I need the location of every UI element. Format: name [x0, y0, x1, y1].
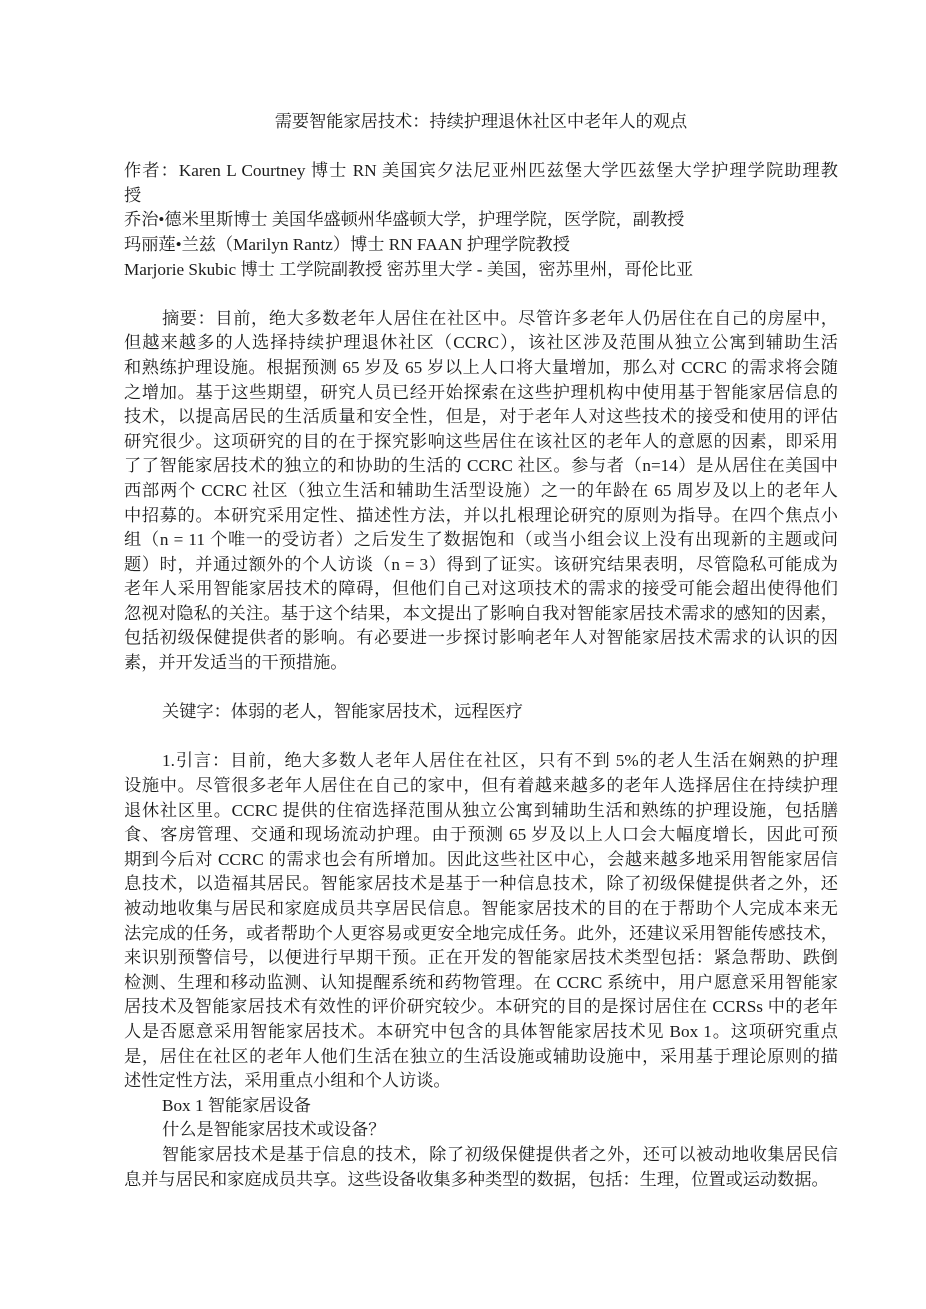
text-line: 述性定性方法，采用重点小组和个人访谈。 [124, 1069, 838, 1094]
text-line: 来识别预警信号，以便进行早期干预。正在开发的智能家居技术类型包括：紧急帮助、跌倒 [124, 946, 838, 971]
text-line: 中招募的。本研究采用定性、描述性方法，并以扎根理论研究的原则为指导。在四个焦点小 [124, 504, 838, 529]
authors-paragraph: 作者：Karen L Courtney 博士 RN 美国宾夕法尼亚州匹兹堡大学匹… [124, 159, 838, 282]
text-line: 人是否愿意采用智能家居技术。本研究中包含的具体智能家居技术见 Box 1。这项研… [124, 1020, 838, 1045]
text-line [124, 282, 838, 307]
text-line: 但越来越多的人选择持续护理退休社区（CCRC），该社区涉及范围从独立公寓到辅助生… [124, 331, 838, 356]
spacer [124, 282, 838, 307]
text-line: 素，并开发适当的干预措施。 [124, 651, 838, 676]
title-line: 需要智能家居技术：持续护理退休社区中老年人的观点 [124, 110, 838, 135]
text-line: 西部两个 CCRC 社区（独立生活和辅助生活型设施）之一的年龄在 65 周岁及以… [124, 479, 838, 504]
text-line [124, 725, 838, 750]
text-line: 技术，以提高居民的生活质量和安全性，但是，对于老年人对这些技术的接受和使用的评估 [124, 405, 838, 430]
text-line [124, 676, 838, 701]
text-line [124, 135, 838, 160]
box1-heading: Box 1 智能家居设备 [124, 1094, 838, 1119]
box1-question: 什么是智能家居技术或设备？ [124, 1118, 838, 1143]
spacer [124, 135, 838, 160]
text-line: 乔治•德米里斯博士 美国华盛顿州华盛顿大学，护理学院，医学院，副教授 [124, 208, 838, 233]
text-line: 设施中。尽管很多老年人居住在自己的家中，但有着越来越多的老年人选择居住在持续护理 [124, 774, 838, 799]
text-line: 食、客房管理、交通和现场流动护理。由于预测 65 岁及以上人口会大幅度增长，因此… [124, 823, 838, 848]
text-line: 包括初级保健提供者的影响。有必要进一步探讨影响老年人对智能家居技术需求的认识的因 [124, 626, 838, 651]
text-line: 被动地收集与居民和家庭成员共享居民信息。智能家居技术的目的在于帮助个人完成本来无 [124, 897, 838, 922]
spacer [124, 676, 838, 701]
text-line: 智能家居技术是基于信息的技术，除了初级保健提供者之外，还可以被动地收集居民信 [124, 1143, 838, 1168]
text-line: 关键字：体弱的老人，智能家居技术，远程医疗 [124, 700, 838, 725]
text-line: 和熟练护理设施。根据预测 65 岁及 65 岁以上人口将大量增加，那么对 CCR… [124, 356, 838, 381]
box1-paragraph: 智能家居技术是基于信息的技术，除了初级保健提供者之外，还可以被动地收集居民信息并… [124, 1143, 838, 1192]
text-line: 检测、生理和移动监测、认知提醒系统和药物管理。在 CCRC 系统中，用户愿意采用… [124, 971, 838, 996]
page-content: 需要智能家居技术：持续护理退休社区中老年人的观点 作者：Karen L Cour… [124, 110, 838, 1192]
keywords-line: 关键字：体弱的老人，智能家居技术，远程医疗 [124, 700, 838, 725]
text-line: 授 [124, 184, 838, 209]
text-line: 了了智能家居技术的独立的和协助的生活的 CCRC 社区。参与者（n=14）是从居… [124, 454, 838, 479]
text-line: 什么是智能家居技术或设备？ [124, 1118, 838, 1143]
text-line: 之增加。基于这些期望，研究人员已经开始探索在这些护理机构中使用基于智能家居信息的 [124, 381, 838, 406]
text-line: Marjorie Skubic 博士 工学院副教授 密苏里大学 - 美国，密苏里… [124, 258, 838, 283]
text-line: 作者：Karen L Courtney 博士 RN 美国宾夕法尼亚州匹兹堡大学匹… [124, 159, 838, 184]
text-line: 息技术，以造福其居民。智能家居技术是基于一种信息技术，除了初级保健提供者之外，还 [124, 872, 838, 897]
text-line: 题）时，并通过额外的个人访谈（n = 3）得到了证实。该研究结果表明，尽管隐私可… [124, 553, 838, 578]
document-page: 需要智能家居技术：持续护理退休社区中老年人的观点 作者：Karen L Cour… [0, 0, 926, 1309]
text-line: 期到今后对 CCRC 的需求也会有所增加。因此这些社区中心，会越来越多地采用智能… [124, 848, 838, 873]
text-line: 退休社区里。CCRC 提供的住宿选择范围从独立公寓到辅助生活和熟练的护理设施，包… [124, 799, 838, 824]
text-line: 玛丽莲•兰兹（Marilyn Rantz）博士 RN FAAN 护理学院教授 [124, 233, 838, 258]
text-line: Box 1 智能家居设备 [124, 1094, 838, 1119]
text-line: 忽视对隐私的关注。基于这个结果，本文提出了影响自我对智能家居技术需求的感知的因素… [124, 602, 838, 627]
document-title: 需要智能家居技术：持续护理退休社区中老年人的观点 [124, 110, 838, 135]
text-line: 研究很少。这项研究的目的在于探究影响这些居住在该社区的老年人的意愿的因素，即采用 [124, 430, 838, 455]
spacer [124, 725, 838, 750]
introduction-paragraph: 1.引言：目前，绝大多数人老年人居住在社区，只有不到 5%的老人生活在娴熟的护理… [124, 749, 838, 1093]
abstract-paragraph: 摘要：目前，绝大多数老年人居住在社区中。尽管许多老年人仍居住在自己的房屋中，但越… [124, 307, 838, 676]
text-line: 组（n = 11 个唯一的受访者）之后发生了数据饱和（或当小组会议上没有出现新的… [124, 528, 838, 553]
text-line: 1.引言：目前，绝大多数人老年人居住在社区，只有不到 5%的老人生活在娴熟的护理 [124, 749, 838, 774]
text-line: 老年人采用智能家居技术的障碍，但他们自己对这项技术的需求的接受可能会超出使得他们 [124, 577, 838, 602]
text-line: 息并与居民和家庭成员共享。这些设备收集多种类型的数据，包括：生理，位置或运动数据… [124, 1168, 838, 1193]
text-line: 居技术及智能家居技术有效性的评价研究较少。本研究的目的是探讨居住在 CCRSs … [124, 995, 838, 1020]
text-line: 摘要：目前，绝大多数老年人居住在社区中。尽管许多老年人仍居住在自己的房屋中， [124, 307, 838, 332]
text-line: 法完成的任务，或者帮助个人更容易或更安全地完成任务。此外，还建议采用智能传感技术… [124, 922, 838, 947]
text-line: 是，居住在社区的老年人他们生活在独立的生活设施或辅助设施中，采用基于理论原则的描 [124, 1045, 838, 1070]
